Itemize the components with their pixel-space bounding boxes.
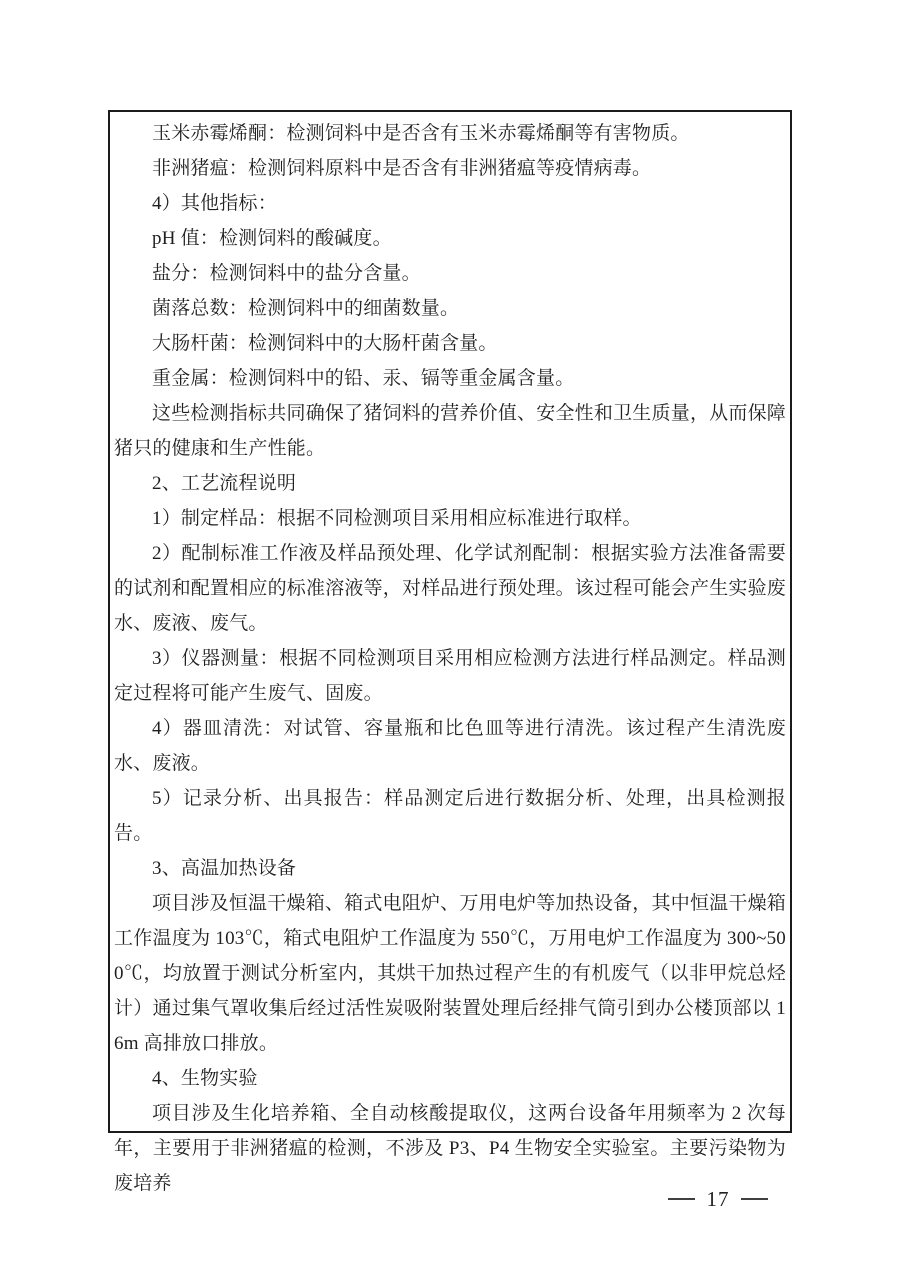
paragraph: 3）仪器测量：根据不同检测项目采用相应检测方法进行样品测定。样品测定过程将可能产…	[114, 641, 786, 711]
page-footer: 17	[668, 1186, 768, 1212]
paragraph: 3、高温加热设备	[114, 851, 786, 886]
paragraph: 非洲猪瘟：检测饲料原料中是否含有非洲猪瘟等疫情病毒。	[114, 151, 786, 186]
paragraph: 5）记录分析、出具报告：样品测定后进行数据分析、处理，出具检测报告。	[114, 781, 786, 851]
paragraph: 2）配制标准工作液及样品预处理、化学试剂配制：根据实验方法准备需要的试剂和配置相…	[114, 536, 786, 641]
paragraph: 大肠杆菌：检测饲料中的大肠杆菌含量。	[114, 326, 786, 361]
paragraph: 这些检测指标共同确保了猪饲料的营养价值、安全性和卫生质量，从而保障猪只的健康和生…	[114, 396, 786, 466]
paragraph: 重金属：检测饲料中的铅、汞、镉等重金属含量。	[114, 361, 786, 396]
paragraph: 1）制定样品：根据不同检测项目采用相应标准进行取样。	[114, 501, 786, 536]
paragraph: 4）器皿清洗：对试管、容量瓶和比色皿等进行清洗。该过程产生清洗废水、废液。	[114, 711, 786, 781]
paragraph: 4）其他指标：	[114, 186, 786, 221]
paragraph: pH 值：检测饲料的酸碱度。	[114, 221, 786, 256]
content-border-box: 玉米赤霉烯酮：检测饲料中是否含有玉米赤霉烯酮等有害物质。非洲猪瘟：检测饲料原料中…	[108, 110, 792, 1133]
paragraph: 玉米赤霉烯酮：检测饲料中是否含有玉米赤霉烯酮等有害物质。	[114, 116, 786, 151]
paragraph: 项目涉及恒温干燥箱、箱式电阻炉、万用电炉等加热设备，其中恒温干燥箱工作温度为 1…	[114, 886, 786, 1061]
document-body: 玉米赤霉烯酮：检测饲料中是否含有玉米赤霉烯酮等有害物质。非洲猪瘟：检测饲料原料中…	[114, 116, 786, 1201]
paragraph: 2、工艺流程说明	[114, 466, 786, 501]
paragraph: 盐分：检测饲料中的盐分含量。	[114, 256, 786, 291]
paragraph: 4、生物实验	[114, 1061, 786, 1096]
paragraph: 菌落总数：检测饲料中的细菌数量。	[114, 291, 786, 326]
footer-left-dash	[668, 1198, 695, 1200]
footer-right-dash	[741, 1198, 768, 1200]
page-number: 17	[707, 1189, 730, 1210]
